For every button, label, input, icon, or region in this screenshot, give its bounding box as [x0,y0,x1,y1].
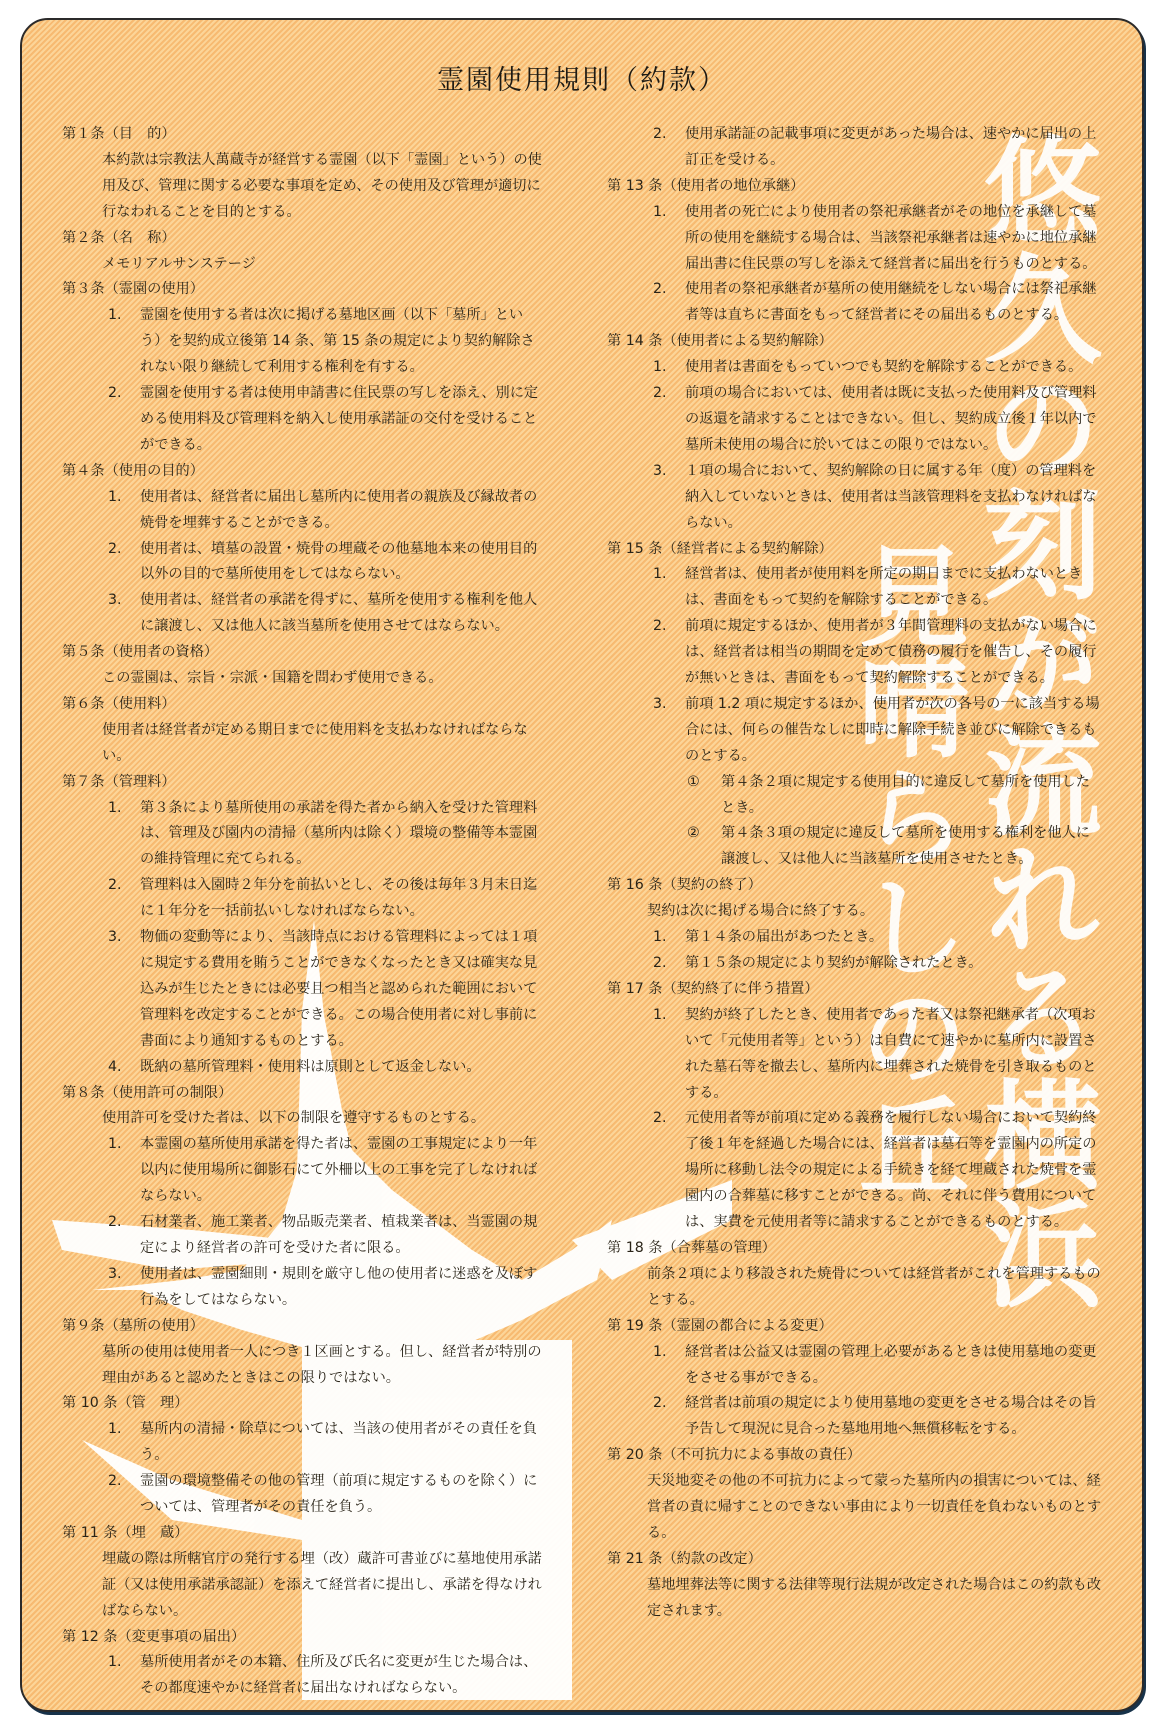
article-item: 1.墓所使用者がその本籍、住所及び氏名に変更が生じた場合は、その都度速やかに経営… [62,1650,544,1702]
article-heading: 第 16 条（契約の終了） [607,873,1102,899]
item-text: 墓所使用者がその本籍、住所及び氏名に変更が生じた場合は、その都度速やかに経営者に… [140,1650,544,1702]
item-text: 霊園を使用する者は次に掲げる墓地区画（以下「墓所」という）を契約成立後第 14 … [140,303,544,381]
item-text: 使用者の死亡により使用者の祭祀承継者がその地位を承継して墓所の使用を継続する場合… [685,200,1102,278]
item-number: 3. [102,925,140,1055]
item-number: 2. [102,873,140,925]
article-heading: 第１条（目 的） [62,122,544,148]
article-paragraph: 契約は次に掲げる場合に終了する。 [607,899,1102,925]
article-item: 1.本霊園の墓所使用承諾を得た者は、霊園の工事規定により一年以内に使用場所に御影… [62,1132,544,1210]
item-text: 元使用者等が前項に定める義務を履行しない場合において契約終了後１年を経過した場合… [685,1106,1102,1236]
item-text: 既納の墓所管理料・使用料は原則として返金しない。 [140,1055,544,1081]
article-heading: 第 10 条（管 理） [62,1391,544,1417]
article-heading: 第 15 条（経営者による契約解除） [607,537,1102,563]
item-number: 1. [647,1340,685,1392]
item-text: 物価の変動等により、当該時点における管理料によっては１項に規定する費用を賄うこと… [140,925,544,1055]
article-paragraph: 天災地変その他の不可抗力によって蒙った墓所内の損害については、経営者の責に帰すこ… [607,1469,1102,1547]
article-item: 3.物価の変動等により、当該時点における管理料によっては１項に規定する費用を賄う… [62,925,544,1055]
item-number: 2. [647,277,685,329]
article-item: 1.契約が終了したとき、使用者であった者又は祭祀継承者（次項おいて「元使用者等」… [607,1003,1102,1107]
item-number: 3. [102,588,140,640]
article-block: 2.使用承諾証の記載事項に変更があった場合は、速やかに届出の上訂正を受ける。 [607,122,1102,174]
item-text: 使用者は、経営者に届出し墓所内に使用者の親族及び縁故者の焼骨を埋葬することができ… [140,485,544,537]
article-item: 1.墓所内の清掃・除草については、当該の使用者がその責任を負う。 [62,1417,544,1469]
left-column: 第１条（目 的）本約款は宗教法人萬蔵寺が経営する霊園（以下「霊園」という）の使用… [62,122,544,1702]
item-number: 3. [647,459,685,537]
article-heading: 第 11 条（埋 蔵） [62,1521,544,1547]
item-number: 1. [647,562,685,614]
article-item: 2.前項に規定するほか、使用者が３年間管理料の支払がない場合には、経営者は相当の… [607,614,1102,692]
item-number: 2. [647,951,685,977]
article-heading: 第９条（墓所の使用） [62,1314,544,1340]
article-item: 2.管理料は入園時２年分を前払いとし、その後は毎年３月末日迄に１年分を一括前払い… [62,873,544,925]
article-heading: 第２条（名 称） [62,226,544,252]
item-text: 使用承諾証の記載事項に変更があった場合は、速やかに届出の上訂正を受ける。 [685,122,1102,174]
article-block: 第 15 条（経営者による契約解除）1.経営者は、使用者が使用料を所定の期日まで… [607,537,1102,874]
article-paragraph: 埋蔵の際は所轄官庁の発行する埋（改）蔵許可書並びに墓地使用承諾証（又は使用承諾承… [62,1547,544,1625]
item-text: 霊園を使用する者は使用申請書に住民票の写しを添え、別に定める使用料及び管理料を納… [140,381,544,459]
article-paragraph: メモリアルサンステージ [62,252,544,278]
article-block: 第 11 条（埋 蔵）埋蔵の際は所轄官庁の発行する埋（改）蔵許可書並びに墓地使用… [62,1521,544,1625]
article-block: 第７条（管理料）1.第３条により墓所使用の承諾を得た者から納入を受けた管理料は、… [62,770,544,1081]
item-number: 1. [102,1132,140,1210]
article-heading: 第 18 条（合葬墓の管理） [607,1236,1102,1262]
item-number: 2. [102,381,140,459]
article-item: 1.使用者は書面をもっていつでも契約を解除することができる。 [607,355,1102,381]
item-number: 2. [102,537,140,589]
right-column: 2.使用承諾証の記載事項に変更があった場合は、速やかに届出の上訂正を受ける。第 … [607,122,1102,1625]
article-item: 2.前項の場合においては、使用者は既に支払った使用料及び管理料の返還を請求するこ… [607,381,1102,459]
item-text: 管理料は入園時２年分を前払いとし、その後は毎年３月末日迄に１年分を一括前払いしな… [140,873,544,925]
item-text: 霊園の環境整備その他の管理（前項に規定するものを除く）については、管理者がその責… [140,1469,544,1521]
item-number: 1. [102,1417,140,1469]
item-number: 2. [647,1106,685,1236]
article-item: 2.使用者の祭祀承継者が墓所の使用継続をしない場合には祭祀承継者等は直ちに書面を… [607,277,1102,329]
article-heading: 第 19 条（霊園の都合による変更） [607,1314,1102,1340]
article-item: 1.第１４条の届出があつたとき。 [607,925,1102,951]
item-text: 経営者は前項の規定により使用墓地の変更をさせる場合はその旨予告して現況に見合った… [685,1391,1102,1443]
item-number: 3. [102,1262,140,1314]
article-block: 第 21 条（約款の改定）墓地埋葬法等に関する法律等現行法規が改定された場合はこ… [607,1547,1102,1625]
item-text: 使用者は書面をもっていつでも契約を解除することができる。 [685,355,1102,381]
item-number: 2. [102,1210,140,1262]
item-text: 使用者は、経営者の承諾を得ずに、墓所を使用する権利を他人に譲渡し、又は他人に該当… [140,588,544,640]
article-paragraph: 使用者は経営者が定める期日までに使用料を支払わなければならない。 [62,718,544,770]
subitem-number: ① [687,770,721,822]
article-paragraph: この霊園は、宗旨・宗派・国籍を問わず使用できる。 [62,666,544,692]
article-item: 3.１項の場合において、契約解除の日に属する年（度）の管理料を納入していないとき… [607,459,1102,537]
article-item: 2.第１５条の規定により契約が解除されたとき。 [607,951,1102,977]
item-text: 第１４条の届出があつたとき。 [685,925,1102,951]
article-block: 第 19 条（霊園の都合による変更）1.経営者は公益又は霊園の管理上必要があると… [607,1314,1102,1444]
item-text: 使用者は、霊園細則・規則を厳守し他の使用者に迷惑を及ぼす行為をしてはならない。 [140,1262,544,1314]
item-number: 1. [647,355,685,381]
item-number: 1. [102,303,140,381]
article-item: 3.使用者は、経営者の承諾を得ずに、墓所を使用する権利を他人に譲渡し、又は他人に… [62,588,544,640]
item-number: 2. [647,614,685,692]
article-block: 第 18 条（合葬墓の管理）前条２項により移設された焼骨については経営者がこれを… [607,1236,1102,1314]
article-paragraph: 使用許可を受けた者は、以下の制限を遵守するものとする。 [62,1106,544,1132]
article-block: 第 13 条（使用者の地位承継）1.使用者の死亡により使用者の祭祀承継者がその地… [607,174,1102,329]
article-block: 第 16 条（契約の終了）契約は次に掲げる場合に終了する。1.第１４条の届出があ… [607,873,1102,977]
article-block: 第１条（目 的）本約款は宗教法人萬蔵寺が経営する霊園（以下「霊園」という）の使用… [62,122,544,226]
article-item: 2.使用者は、墳墓の設置・焼骨の埋蔵その他墓地本来の使用目的以外の目的で墓所使用… [62,537,544,589]
article-item: 2.石材業者、施工業者、物品販売業者、植栽業者は、当霊園の規定により経営者の許可… [62,1210,544,1262]
article-paragraph: 前条２項により移設された焼骨については経営者がこれを管理するものとする。 [607,1262,1102,1314]
article-subitem: ②第４条３項の規定に違反して墓所を使用する権利を他人に譲渡し、又は他人に当該墓所… [607,821,1102,873]
article-item: 2.使用承諾証の記載事項に変更があった場合は、速やかに届出の上訂正を受ける。 [607,122,1102,174]
article-heading: 第５条（使用者の資格） [62,640,544,666]
item-text: 前項の場合においては、使用者は既に支払った使用料及び管理料の返還を請求することは… [685,381,1102,459]
article-heading: 第 14 条（使用者による契約解除） [607,329,1102,355]
item-text: 使用者は、墳墓の設置・焼骨の埋蔵その他墓地本来の使用目的以外の目的で墓所使用をし… [140,537,544,589]
item-text: 使用者の祭祀承継者が墓所の使用継続をしない場合には祭祀承継者等は直ちに書面をもっ… [685,277,1102,329]
article-item: 3.前項 1.2 項に規定するほか、使用者が次の各号の一に該当する場合には、何ら… [607,692,1102,770]
article-heading: 第 13 条（使用者の地位承継） [607,174,1102,200]
article-block: 第４条（使用の目的）1.使用者は、経営者に届出し墓所内に使用者の親族及び縁故者の… [62,459,544,640]
article-heading: 第６条（使用料） [62,692,544,718]
page-title: 霊園使用規則（約款） [22,58,1142,97]
subitem-text: 第４条２項に規定する使用目的に違反して墓所を使用したとき。 [721,770,1102,822]
item-number: 3. [647,692,685,770]
item-number: 2. [647,122,685,174]
article-item: 2.霊園の環境整備その他の管理（前項に規定するものを除く）については、管理者がそ… [62,1469,544,1521]
item-number: 1. [647,925,685,951]
subitem-text: 第４条３項の規定に違反して墓所を使用する権利を他人に譲渡し、又は他人に当該墓所を… [721,821,1102,873]
article-heading: 第 17 条（契約終了に伴う措置） [607,977,1102,1003]
item-text: 契約が終了したとき、使用者であった者又は祭祀継承者（次項おいて「元使用者等」とい… [685,1003,1102,1107]
item-number: 1. [647,1003,685,1107]
article-item: 1.霊園を使用する者は次に掲げる墓地区画（以下「墓所」という）を契約成立後第 1… [62,303,544,381]
article-paragraph: 本約款は宗教法人萬蔵寺が経営する霊園（以下「霊園」という）の使用及び、管理に関す… [62,148,544,226]
item-number: 2. [647,1391,685,1443]
article-block: 第 17 条（契約終了に伴う措置）1.契約が終了したとき、使用者であった者又は祭… [607,977,1102,1236]
rules-panel: 悠久の刻が流れる横浜 見晴らしの丘 霊園使用規則（約款） 第１条（目 的）本約款… [20,18,1144,1712]
subitem-number: ② [687,821,721,873]
article-heading: 第３条（霊園の使用） [62,277,544,303]
item-number: 1. [102,485,140,537]
article-heading: 第４条（使用の目的） [62,459,544,485]
article-block: 第６条（使用料）使用者は経営者が定める期日までに使用料を支払わなければならない。 [62,692,544,770]
article-block: 第５条（使用者の資格）この霊園は、宗旨・宗派・国籍を問わず使用できる。 [62,640,544,692]
article-block: 第 14 条（使用者による契約解除）1.使用者は書面をもっていつでも契約を解除す… [607,329,1102,536]
item-number: 1. [102,1650,140,1702]
item-text: 本霊園の墓所使用承諾を得た者は、霊園の工事規定により一年以内に使用場所に御影石に… [140,1132,544,1210]
article-item: 2.経営者は前項の規定により使用墓地の変更をさせる場合はその旨予告して現況に見合… [607,1391,1102,1443]
item-text: 経営者は公益又は霊園の管理上必要があるときは使用墓地の変更をさせる事ができる。 [685,1340,1102,1392]
article-item: 1.第３条により墓所使用の承諾を得た者から納入を受けた管理料は、管理及び園内の清… [62,796,544,874]
article-block: 第８条（使用許可の制限）使用許可を受けた者は、以下の制限を遵守するものとする。1… [62,1081,544,1314]
item-number: 2. [102,1469,140,1521]
article-block: 第９条（墓所の使用）墓所の使用は使用者一人につき１区画とする。但し、経営者が特別… [62,1314,544,1392]
article-item: 1.経営者は、使用者が使用料を所定の期日までに支払わないときは、書面をもって契約… [607,562,1102,614]
article-paragraph: 墓所の使用は使用者一人につき１区画とする。但し、経営者が特別の理由があると認めた… [62,1340,544,1392]
item-number: 1. [647,200,685,278]
item-text: １項の場合において、契約解除の日に属する年（度）の管理料を納入していないときは、… [685,459,1102,537]
article-paragraph: 墓地埋葬法等に関する法律等現行法規が改定された場合はこの約款も改定されます。 [607,1573,1102,1625]
article-item: 4.既納の墓所管理料・使用料は原則として返金しない。 [62,1055,544,1081]
item-number: 4. [102,1055,140,1081]
article-item: 2.霊園を使用する者は使用申請書に住民票の写しを添え、別に定める使用料及び管理料… [62,381,544,459]
article-block: 第３条（霊園の使用）1.霊園を使用する者は次に掲げる墓地区画（以下「墓所」という… [62,277,544,458]
item-number: 2. [647,381,685,459]
article-subitem: ①第４条２項に規定する使用目的に違反して墓所を使用したとき。 [607,770,1102,822]
item-number: 1. [102,796,140,874]
article-block: 第 20 条（不可抗力による事故の責任）天災地変その他の不可抗力によって蒙った墓… [607,1443,1102,1547]
item-text: 石材業者、施工業者、物品販売業者、植栽業者は、当霊園の規定により経営者の許可を受… [140,1210,544,1262]
article-heading: 第７条（管理料） [62,770,544,796]
article-item: 1.使用者の死亡により使用者の祭祀承継者がその地位を承継して墓所の使用を継続する… [607,200,1102,278]
item-text: 前項 1.2 項に規定するほか、使用者が次の各号の一に該当する場合には、何らの催… [685,692,1102,770]
article-heading: 第 20 条（不可抗力による事故の責任） [607,1443,1102,1469]
article-item: 2.元使用者等が前項に定める義務を履行しない場合において契約終了後１年を経過した… [607,1106,1102,1236]
article-item: 1.経営者は公益又は霊園の管理上必要があるときは使用墓地の変更をさせる事ができる… [607,1340,1102,1392]
item-text: 第１５条の規定により契約が解除されたとき。 [685,951,1102,977]
article-heading: 第 12 条（変更事項の届出） [62,1625,544,1651]
article-block: 第 12 条（変更事項の届出）1.墓所使用者がその本籍、住所及び氏名に変更が生じ… [62,1625,544,1703]
item-text: 経営者は、使用者が使用料を所定の期日までに支払わないときは、書面をもって契約を解… [685,562,1102,614]
article-block: 第 10 条（管 理）1.墓所内の清掃・除草については、当該の使用者がその責任を… [62,1391,544,1521]
article-item: 3.使用者は、霊園細則・規則を厳守し他の使用者に迷惑を及ぼす行為をしてはならない… [62,1262,544,1314]
article-heading: 第８条（使用許可の制限） [62,1081,544,1107]
article-item: 1.使用者は、経営者に届出し墓所内に使用者の親族及び縁故者の焼骨を埋葬することが… [62,485,544,537]
article-heading: 第 21 条（約款の改定） [607,1547,1102,1573]
item-text: 第３条により墓所使用の承諾を得た者から納入を受けた管理料は、管理及び園内の清掃（… [140,796,544,874]
item-text: 墓所内の清掃・除草については、当該の使用者がその責任を負う。 [140,1417,544,1469]
item-text: 前項に規定するほか、使用者が３年間管理料の支払がない場合には、経営者は相当の期間… [685,614,1102,692]
article-block: 第２条（名 称）メモリアルサンステージ [62,226,544,278]
